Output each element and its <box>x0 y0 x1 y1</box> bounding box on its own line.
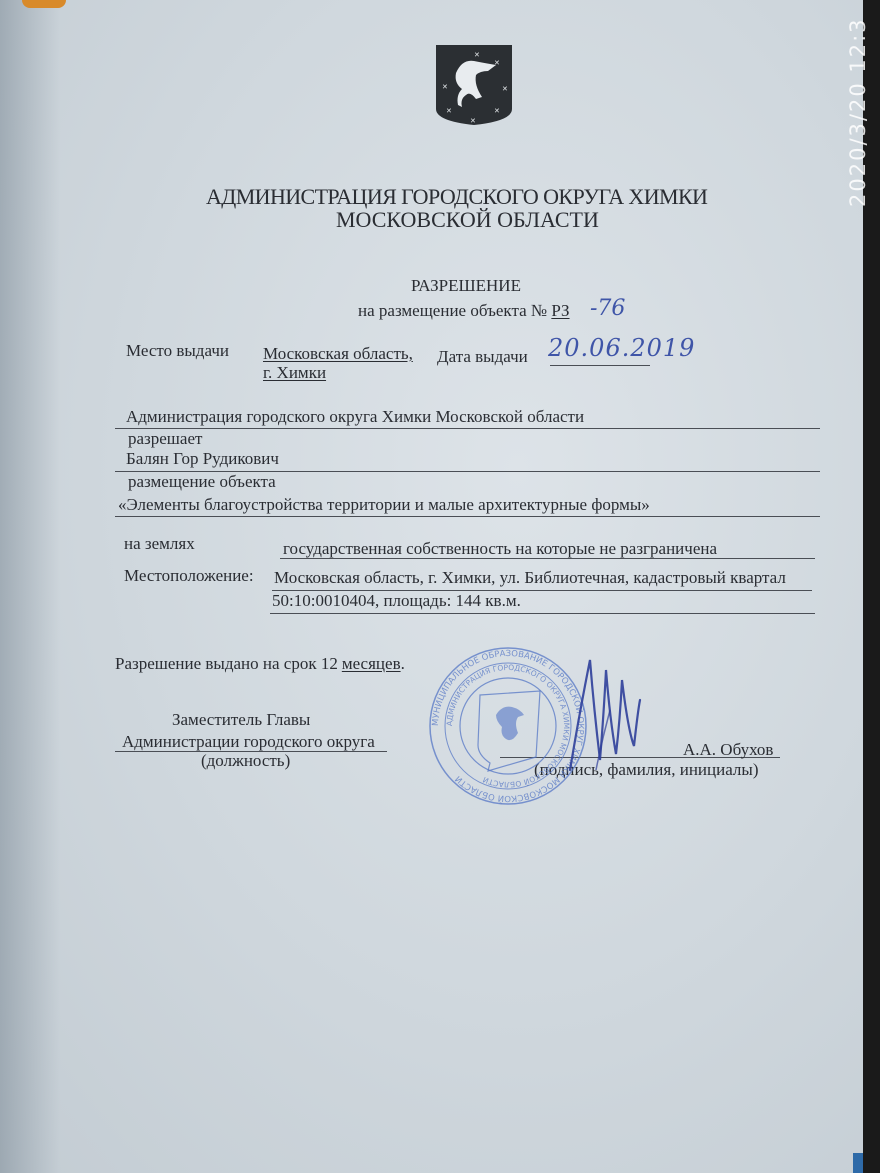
location-label: Местоположение: <box>124 566 254 586</box>
photo-timestamp: 2020/3/20 12:3 <box>846 57 876 207</box>
khimki-coat-of-arms-icon: ✕✕ ✕✕ ✕✕ ✕ <box>434 43 514 133</box>
document-title: РАЗРЕШЕНИЕ <box>411 276 521 296</box>
date-label: Дата выдачи <box>437 347 528 367</box>
object-value: «Элементы благоустройства территории и м… <box>118 495 650 515</box>
issuer-rule <box>115 428 820 429</box>
permits-label: разрешает <box>128 429 202 449</box>
object-label: размещение объекта <box>128 472 276 492</box>
term-text: Разрешение выдано на срок 12месяцев. <box>115 654 405 674</box>
position-caption: (должность) <box>201 751 290 771</box>
document-page: ✕✕ ✕✕ ✕✕ ✕ АДМИНИСТРАЦИЯ ГОРОДСКОГО ОКРУ… <box>0 0 863 1173</box>
place-label: Место выдачи <box>126 341 229 361</box>
position-line2: Администрации городского округа <box>122 732 375 752</box>
svg-text:✕: ✕ <box>470 117 476 125</box>
svg-text:✕: ✕ <box>474 51 480 59</box>
corner-clip <box>22 0 66 8</box>
land-rule <box>280 558 815 559</box>
svg-text:✕: ✕ <box>494 107 500 115</box>
object-rule <box>115 516 820 517</box>
place-line1: Московская область, <box>263 344 413 364</box>
term-prefix: Разрешение выдано на срок <box>115 654 317 673</box>
date-underline <box>550 365 650 366</box>
permit-number-prefix: РЗ <box>551 301 569 320</box>
svg-text:✕: ✕ <box>442 83 448 91</box>
handwritten-signature <box>560 650 660 780</box>
page-shadow <box>0 0 60 1173</box>
term-value: 12 <box>321 654 338 673</box>
term-unit: месяцев <box>338 654 401 673</box>
permit-number-handwritten: -76 <box>590 296 625 321</box>
issue-date-handwritten: 20.06.2019 <box>548 334 695 362</box>
svg-text:✕: ✕ <box>494 59 500 67</box>
background-edge <box>853 1153 863 1173</box>
org-title-line2: МОСКОВСКОЙ ОБЛАСТИ <box>336 207 599 233</box>
issuer-value: Администрация городского округа Химки Мо… <box>126 407 584 427</box>
svg-text:✕: ✕ <box>502 85 508 93</box>
term-suffix: . <box>401 654 405 673</box>
land-label: на землях <box>124 534 195 554</box>
grantee-value: Балян Гор Рудикович <box>126 449 279 469</box>
location-rule2 <box>270 613 815 614</box>
position-line1: Заместитель Главы <box>172 710 310 730</box>
subtitle-prefix: на размещение объекта № <box>358 301 547 320</box>
location-line2: 50:10:0010404, площадь: 144 кв.м. <box>272 591 521 611</box>
document-subtitle: на размещение объекта № РЗ <box>358 301 570 321</box>
location-line1: Московская область, г. Химки, ул. Библио… <box>274 568 786 588</box>
land-value: государственная собственность на которые… <box>283 539 717 559</box>
signer-name: А.А. Обухов <box>683 740 773 760</box>
place-line2: г. Химки <box>263 363 326 383</box>
svg-text:✕: ✕ <box>446 107 452 115</box>
